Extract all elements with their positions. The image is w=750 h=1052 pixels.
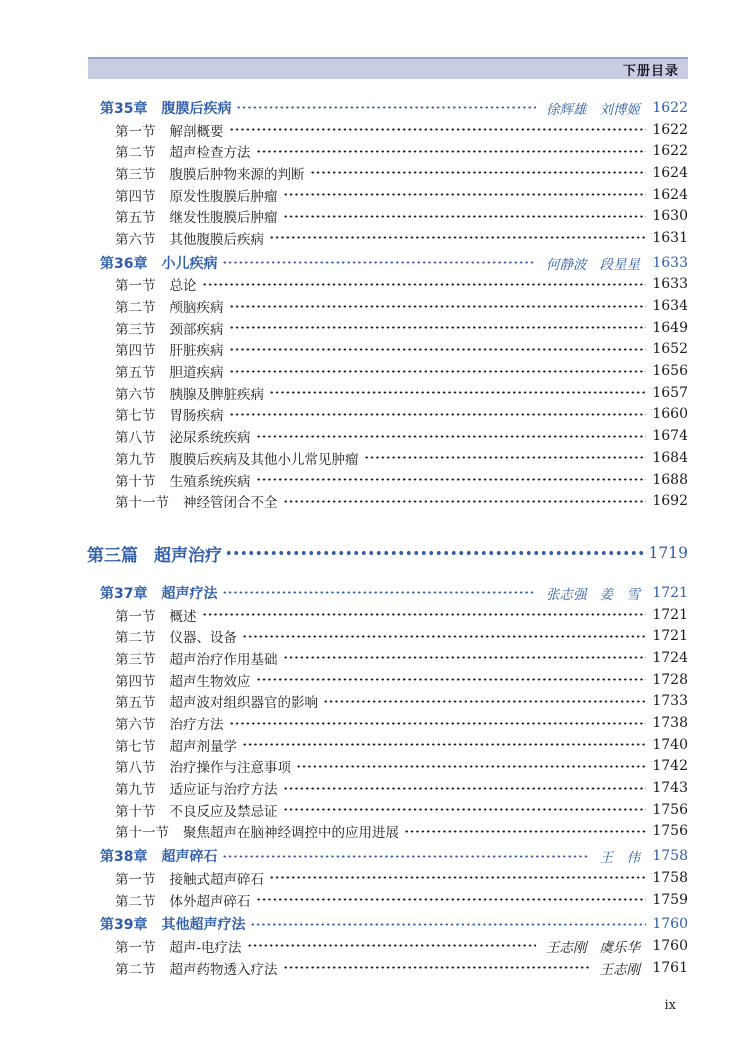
dot-leader — [225, 538, 647, 568]
dot-leader — [283, 777, 647, 799]
dot-leader — [283, 647, 647, 669]
toc-entry-number: 第一节 — [115, 605, 156, 625]
dot-leader — [310, 162, 647, 184]
toc-row: 第三节 超声治疗作用基础 1724 — [100, 647, 688, 669]
toc-row: 第二节 颅脑疾病 1634 — [100, 295, 688, 317]
toc-row: 第39章 其他超声疗法 1760 — [100, 913, 688, 935]
toc-entry-page: 1721 — [652, 585, 688, 601]
toc-entry-number: 第八节 — [115, 756, 156, 776]
toc-entry-page: 1688 — [652, 472, 688, 488]
dot-leader — [229, 295, 647, 317]
dot-leader — [229, 317, 647, 339]
toc-entry-title: 胰腺及脾脏疾病 — [170, 383, 265, 403]
toc-row: 第九节 腹膜后疾病及其他小儿常见肿瘤 1684 — [100, 447, 688, 469]
toc-entry-number: 第三节 — [115, 648, 156, 668]
toc-entry-number: 第五节 — [115, 206, 156, 226]
toc-entry-title: 继发性腹膜后肿瘤 — [170, 206, 278, 226]
toc-entry-page: 1758 — [652, 870, 688, 886]
dot-leader — [229, 712, 647, 734]
toc-entry-title: 胆道疾病 — [170, 361, 224, 381]
toc-entry-page: 1633 — [652, 276, 688, 292]
toc-entry-title: 颅脑疾病 — [170, 296, 224, 316]
toc-entry-number: 第一节 — [115, 274, 156, 294]
toc-entry-title: 体外超声碎石 — [170, 890, 251, 910]
toc-entry-number: 第三篇 — [87, 541, 138, 566]
toc-entry-number: 第37章 — [100, 583, 147, 603]
author-name: 王志刚 — [546, 940, 587, 956]
toc-row: 第四节 原发性腹膜后肿瘤 1624 — [100, 184, 688, 206]
toc-entry-page: 1622 — [652, 143, 688, 159]
toc-entry-number: 第二节 — [115, 890, 156, 910]
toc-entry-number: 第36章 — [100, 253, 147, 273]
toc-entry-title: 概述 — [170, 605, 197, 625]
toc-entry-page: 1742 — [652, 758, 688, 774]
toc-entry-page: 1724 — [652, 650, 688, 666]
dot-leader — [229, 339, 647, 361]
dot-leader — [222, 582, 536, 604]
toc-entry-authors: 王 伟 — [600, 846, 641, 866]
toc-entry-number: 第一节 — [115, 120, 156, 140]
toc-entry-page: 1728 — [652, 672, 688, 688]
dot-leader — [323, 691, 646, 713]
author-name: 何静波 — [546, 257, 587, 273]
dot-leader — [404, 821, 646, 843]
folio-page-number: ix — [665, 998, 677, 1013]
dot-leader — [296, 756, 646, 778]
header-title: 下册目录 — [623, 60, 679, 79]
dot-leader — [283, 184, 647, 206]
toc-row: 第一节 接触式超声碎石 1758 — [100, 867, 688, 889]
toc-entry-title: 超声治疗 — [154, 541, 222, 566]
author-name: 王 伟 — [600, 850, 641, 866]
toc-entry-title: 超声-电疗法 — [170, 936, 242, 956]
toc-entry-title: 超声剂量学 — [170, 735, 238, 755]
toc-row: 第四节 超声生物效应 1728 — [100, 669, 688, 691]
toc-row: 第一节 概述 1721 — [100, 604, 688, 626]
toc-entry-title: 超声碎石 — [161, 846, 217, 866]
toc-entry-number: 第十一节 — [115, 821, 169, 841]
dot-leader — [250, 913, 646, 935]
toc-entry-title: 不良反应及禁忌证 — [170, 800, 278, 820]
toc-entry-number: 第二节 — [115, 626, 156, 646]
toc-entry-page: 1721 — [652, 628, 688, 644]
toc-entry-title: 超声生物效应 — [170, 670, 251, 690]
toc-row: 第七节 胃肠疾病 1660 — [100, 404, 688, 426]
toc-row: 第二节 仪器、设备 1721 — [100, 625, 688, 647]
toc-entry-page: 1634 — [652, 298, 688, 314]
toc-entry-number: 第35章 — [100, 98, 147, 118]
toc-entry-page: 1684 — [652, 450, 688, 466]
toc-row: 第十节 不良反应及禁忌证 1756 — [100, 799, 688, 821]
toc-entry-title: 超声疗法 — [161, 583, 217, 603]
toc-entry-page: 1657 — [652, 385, 688, 401]
toc-entry-authors: 何静波段星星 — [546, 253, 640, 273]
toc-entry-page: 1733 — [652, 693, 688, 709]
toc-entry-page: 1656 — [652, 363, 688, 379]
toc-entry-page: 1758 — [652, 848, 688, 864]
author-name: 虞乐华 — [600, 940, 641, 956]
toc-entry-title: 小儿疾病 — [161, 253, 217, 273]
dot-leader — [283, 957, 590, 979]
dot-leader — [256, 140, 647, 162]
dot-leader — [202, 604, 647, 626]
table-of-contents: 第35章 腹膜后疾病 徐辉雄刘博姬 1622 第一节 解剖概要 1622 第二节… — [100, 94, 688, 978]
toc-row: 第十节 生殖系统疾病 1688 — [100, 469, 688, 491]
dot-leader — [364, 447, 647, 469]
toc-entry-authors: 王志刚 — [600, 958, 641, 978]
toc-entry-page: 1649 — [652, 320, 688, 336]
toc-entry-page: 1622 — [652, 122, 688, 138]
toc-entry-title: 原发性腹膜后肿瘤 — [170, 185, 278, 205]
toc-row: 第五节 继发性腹膜后肿瘤 1630 — [100, 205, 688, 227]
toc-entry-page: 1740 — [652, 737, 688, 753]
header-bar: 下册目录 — [88, 57, 688, 79]
dot-leader — [256, 469, 647, 491]
toc-row: 第二节 超声检查方法 1622 — [100, 140, 688, 162]
toc-entry-number: 第四节 — [115, 339, 156, 359]
dot-leader — [283, 799, 647, 821]
toc-entry-number: 第三节 — [115, 318, 156, 338]
toc-row: 第35章 腹膜后疾病 徐辉雄刘博姬 1622 — [100, 97, 688, 119]
toc-entry-page: 1660 — [652, 406, 688, 422]
toc-entry-page: 1630 — [652, 208, 688, 224]
toc-entry-title: 接触式超声碎石 — [170, 868, 265, 888]
toc-entry-number: 第三节 — [115, 163, 156, 183]
toc-entry-title: 超声波对组织器官的影响 — [170, 691, 319, 711]
dot-leader — [256, 669, 647, 691]
toc-row: 第38章 超声碎石 王 伟 1758 — [100, 845, 688, 867]
dot-leader — [242, 734, 646, 756]
toc-entry-page: 1622 — [652, 100, 688, 116]
dot-leader — [229, 119, 647, 141]
toc-entry-title: 治疗操作与注意事项 — [170, 756, 292, 776]
toc-entry-title: 其他腹膜后疾病 — [170, 228, 265, 248]
toc-entry-page: 1761 — [652, 960, 688, 976]
author-name: 张志强 — [546, 587, 587, 603]
toc-entry-page: 1719 — [649, 544, 688, 562]
toc-entry-title: 适应证与治疗方法 — [170, 778, 278, 798]
toc-entry-number: 第五节 — [115, 361, 156, 381]
toc-entry-title: 仪器、设备 — [170, 626, 238, 646]
toc-entry-number: 第十节 — [115, 800, 156, 820]
toc-entry-title: 超声检查方法 — [170, 141, 251, 161]
toc-entry-title: 胃肠疾病 — [170, 404, 224, 424]
toc-entry-page: 1756 — [652, 802, 688, 818]
dot-leader — [229, 360, 647, 382]
toc-row: 第三节 颈部疾病 1649 — [100, 317, 688, 339]
toc-row: 第三篇 超声治疗 1719 — [87, 538, 688, 568]
dot-leader — [222, 845, 589, 867]
toc-entry-page: 1756 — [652, 823, 688, 839]
dot-leader — [269, 867, 646, 889]
toc-row: 第36章 小儿疾病 何静波段星星 1633 — [100, 252, 688, 274]
toc-entry-number: 第二节 — [115, 141, 156, 161]
toc-entry-page: 1692 — [652, 493, 688, 509]
toc-row: 第六节 其他腹膜后疾病 1631 — [100, 227, 688, 249]
dot-leader — [242, 625, 646, 647]
toc-entry-title: 肝脏疾病 — [170, 339, 224, 359]
toc-entry-title: 泌尿系统疾病 — [170, 426, 251, 446]
toc-entry-title: 腹膜后疾病 — [161, 98, 231, 118]
toc-entry-page: 1624 — [652, 187, 688, 203]
toc-row: 第二节 体外超声碎石 1759 — [100, 889, 688, 911]
toc-entry-page: 1631 — [652, 230, 688, 246]
toc-row: 第三节 腹膜后肿物来源的判断 1624 — [100, 162, 688, 184]
toc-entry-number: 第七节 — [115, 404, 156, 424]
toc-entry-number: 第一节 — [115, 868, 156, 888]
author-name: 刘博姬 — [600, 102, 641, 118]
toc-entry-title: 生殖系统疾病 — [170, 470, 251, 490]
toc-entry-number: 第六节 — [115, 383, 156, 403]
toc-entry-title: 颈部疾病 — [170, 318, 224, 338]
dot-leader — [269, 227, 646, 249]
dot-leader — [283, 205, 647, 227]
toc-entry-authors: 徐辉雄刘博姬 — [546, 98, 640, 118]
dot-leader — [256, 889, 647, 911]
toc-entry-number: 第五节 — [115, 691, 156, 711]
toc-row: 第八节 治疗操作与注意事项 1742 — [100, 756, 688, 778]
toc-entry-number: 第九节 — [115, 778, 156, 798]
toc-entry-title: 治疗方法 — [170, 713, 224, 733]
dot-leader — [202, 274, 647, 296]
toc-entry-title: 神经管闭合不全 — [183, 491, 278, 511]
toc-entry-title: 总论 — [170, 274, 197, 294]
toc-entry-number: 第四节 — [115, 185, 156, 205]
toc-row: 第六节 治疗方法 1738 — [100, 712, 688, 734]
toc-entry-number: 第二节 — [115, 958, 156, 978]
toc-row: 第七节 超声剂量学 1740 — [100, 734, 688, 756]
toc-row: 第十一节 神经管闭合不全 1692 — [100, 490, 688, 512]
toc-entry-number: 第六节 — [115, 228, 156, 248]
toc-entry-number: 第六节 — [115, 713, 156, 733]
toc-entry-title: 聚焦超声在脑神经调控中的应用进展 — [183, 821, 399, 841]
toc-entry-title: 超声药物透入疗法 — [170, 958, 278, 978]
toc-row: 第一节 超声-电疗法 王志刚虞乐华 1760 — [100, 935, 688, 957]
dot-leader — [236, 97, 536, 119]
toc-entry-authors: 王志刚虞乐华 — [546, 936, 640, 956]
toc-entry-page: 1760 — [652, 938, 688, 954]
author-name: 徐辉雄 — [546, 102, 587, 118]
toc-entry-page: 1760 — [652, 916, 688, 932]
author-name: 姜 雪 — [600, 587, 641, 603]
toc-entry-page: 1624 — [652, 165, 688, 181]
toc-entry-number: 第39章 — [100, 914, 147, 934]
toc-entry-title: 解剖概要 — [170, 120, 224, 140]
toc-entry-title: 其他超声疗法 — [161, 914, 245, 934]
toc-entry-page: 1674 — [652, 428, 688, 444]
toc-row: 第五节 胆道疾病 1656 — [100, 360, 688, 382]
toc-row: 第四节 肝脏疾病 1652 — [100, 339, 688, 361]
toc-entry-title: 腹膜后肿物来源的判断 — [170, 163, 305, 183]
dot-leader — [269, 382, 646, 404]
dot-leader — [283, 490, 647, 512]
toc-row: 第九节 适应证与治疗方法 1743 — [100, 777, 688, 799]
toc-entry-page: 1759 — [652, 892, 688, 908]
author-name: 段星星 — [600, 257, 641, 273]
toc-entry-number: 第七节 — [115, 735, 156, 755]
toc-entry-page: 1743 — [652, 780, 688, 796]
toc-entry-page: 1721 — [652, 607, 688, 623]
toc-entry-number: 第九节 — [115, 448, 156, 468]
dot-leader — [229, 404, 647, 426]
toc-entry-title: 腹膜后疾病及其他小儿常见肿瘤 — [170, 448, 359, 468]
toc-entry-number: 第一节 — [115, 936, 156, 956]
toc-row: 第十一节 聚焦超声在脑神经调控中的应用进展 1756 — [100, 821, 688, 843]
toc-entry-number: 第二节 — [115, 296, 156, 316]
dot-leader — [256, 425, 647, 447]
toc-entry-number: 第38章 — [100, 846, 147, 866]
toc-row: 第二节 超声药物透入疗法 王志刚 1761 — [100, 957, 688, 979]
toc-entry-number: 第四节 — [115, 670, 156, 690]
toc-row: 第六节 胰腺及脾脏疾病 1657 — [100, 382, 688, 404]
toc-entry-authors: 张志强姜 雪 — [546, 583, 640, 603]
toc-entry-number: 第八节 — [115, 426, 156, 446]
toc-row: 第八节 泌尿系统疾病 1674 — [100, 425, 688, 447]
toc-entry-title: 超声治疗作用基础 — [170, 648, 278, 668]
toc-entry-page: 1633 — [652, 255, 688, 271]
toc-row: 第一节 解剖概要 1622 — [100, 119, 688, 141]
toc-entry-page: 1652 — [652, 341, 688, 357]
toc-entry-number: 第十一节 — [115, 491, 169, 511]
toc-entry-number: 第十节 — [115, 470, 156, 490]
dot-leader — [247, 935, 536, 957]
dot-leader — [222, 252, 536, 274]
author-name: 王志刚 — [600, 962, 641, 978]
toc-row: 第一节 总论 1633 — [100, 274, 688, 296]
toc-row: 第37章 超声疗法 张志强姜 雪 1721 — [100, 582, 688, 604]
toc-row: 第五节 超声波对组织器官的影响 1733 — [100, 691, 688, 713]
toc-entry-page: 1738 — [652, 715, 688, 731]
